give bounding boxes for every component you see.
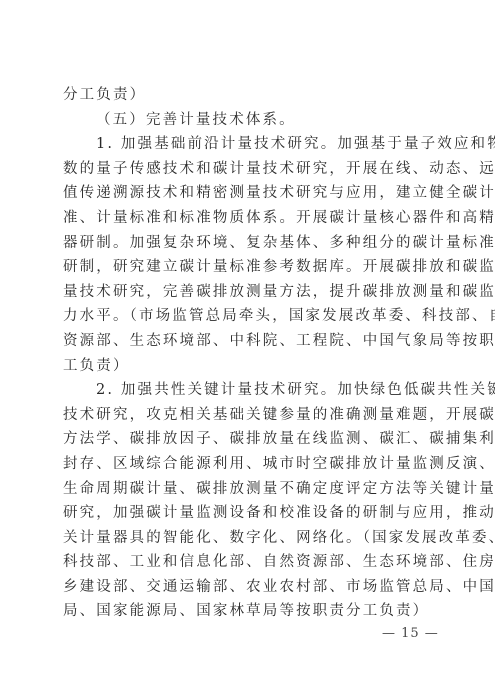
text-line: 数的量子传感技术和碳计量技术研究，开展在线、动态、远程量 (63, 157, 435, 182)
text-line: 分工负责） (63, 83, 435, 108)
text-line: 技术研究，攻克相关基础关键参量的准确测量难题，开展碳计量 (63, 403, 435, 428)
text-line: 值传递溯源技术和精密测量技术研究与应用，建立健全碳计量基 (63, 181, 435, 206)
text-line: 研究，加强碳计量监测设备和校准设备的研制与应用，推动相 (63, 501, 435, 526)
section-heading: （五）完善计量技术体系。 (63, 108, 435, 133)
text-line: 器研制。加强复杂环境、复杂基体、多种组分的碳计量标准物质 (63, 231, 435, 256)
text-line: 工负责） (63, 354, 435, 379)
text-line: 力水平。（市场监管总局牵头，国家发展改革委、科技部、自然 (63, 304, 435, 329)
text-line: 准、计量标准和标准物质体系。开展碳计量核心器件和高精度仪 (63, 206, 435, 231)
document-page: 分工负责） （五）完善计量技术体系。 1. 加强基础前沿计量技术研究。加强基于量… (0, 0, 495, 700)
text-line: 乡建设部、交通运输部、农业农村部、市场监管总局、中国气象 (63, 575, 435, 600)
text-line: 研制，研究建立碳计量标准参考数据库。开展碳排放和碳监测计 (63, 255, 435, 280)
text-line: 资源部、生态环境部、中科院、工程院、中国气象局等按职责分 (63, 329, 435, 354)
text-line: 封存、区域综合能源利用、城市时空碳排放计量监测反演、全 (63, 452, 435, 477)
text-line: 科技部、工业和信息化部、自然资源部、生态环境部、住房城 (63, 550, 435, 575)
text-line: 关计量器具的智能化、数字化、网络化。（国家发展改革委、 (63, 526, 435, 551)
text-line: 1. 加强基础前沿计量技术研究。加强基于量子效应和物理常 (63, 132, 435, 157)
text-line: 2. 加强共性关键计量技术研究。加快绿色低碳共性关键计量 (63, 378, 435, 403)
text-line: 局、国家能源局、国家林草局等按职责分工负责） (63, 599, 435, 624)
page-number: — 15 — (382, 626, 439, 641)
text-line: 方法学、碳排放因子、碳排放量在线监测、碳汇、碳捕集利用与 (63, 427, 435, 452)
body-text: 分工负责） （五）完善计量技术体系。 1. 加强基础前沿计量技术研究。加强基于量… (63, 83, 435, 624)
text-line: 量技术研究，完善碳排放测量方法，提升碳排放测量和碳监测能 (63, 280, 435, 305)
text-line: 生命周期碳计量、碳排放测量不确定度评定方法等关键计量技术 (63, 477, 435, 502)
